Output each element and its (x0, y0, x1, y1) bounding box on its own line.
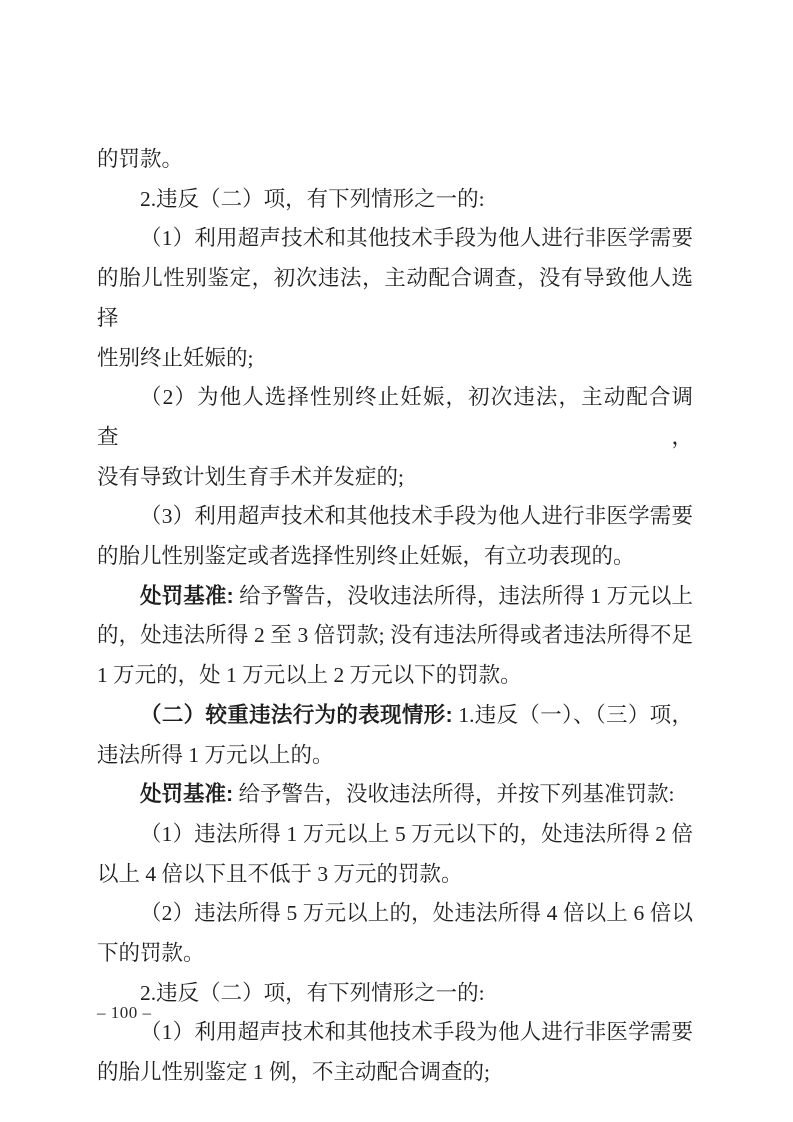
text-line: （2）违法所得 5 万元以上的，处违法所得 4 倍以上 6 倍以 (97, 894, 693, 934)
section-heading-label: （二）较重违法行为的表现情形: (140, 703, 453, 727)
text-line: 以上 4 倍以下且不低于 3 万元的罚款。 (97, 855, 693, 895)
text-line: （二）较重违法行为的表现情形: 1.违反（一）、（三）项， (97, 696, 693, 736)
text-segment: 给予警告，没收违法所得，并按下列基准罚款: (233, 782, 674, 806)
text-line: （1）利用超声技术和其他技术手段为他人进行非医学需要 (97, 1013, 693, 1053)
text-line: 违法所得 1 万元以上的。 (97, 736, 693, 776)
text-line: 的罚款。 (97, 140, 693, 180)
text-line: （1）违法所得 1 万元以上 5 万元以下的，处违法所得 2 倍 (97, 815, 693, 855)
text-line: 2.违反（二）项，有下列情形之一的: (97, 974, 693, 1014)
text-segment: 给予警告，没收违法所得，违法所得 1 万元以上 (234, 584, 693, 608)
text-line: 没有导致计划生育手术并发症的; (97, 458, 693, 498)
text-line: 2.违反（二）项，有下列情形之一的: (97, 180, 693, 220)
text-line: （3）利用超声技术和其他技术手段为他人进行非医学需要 (97, 497, 693, 537)
text-line: 的胎儿性别鉴定，初次违法，主动配合调查，没有导致他人选择 (97, 259, 693, 338)
text-line: 性别终止妊娠的; (97, 339, 693, 379)
pdf-page: 的罚款。 2.违反（二）项，有下列情形之一的: （1）利用超声技术和其他技术手段… (0, 0, 793, 1122)
text-line: 的胎儿性别鉴定或者选择性别终止妊娠，有立功表现的。 (97, 537, 693, 577)
text-line: 1 万元的，处 1 万元以上 2 万元以下的罚款。 (97, 656, 693, 696)
text-line: 的胎儿性别鉴定 1 例，不主动配合调查的; (97, 1053, 693, 1093)
text-segment: 1.违反（一）、（三）项， (453, 703, 693, 727)
penalty-benchmark-label: 处罚基准: (140, 782, 233, 806)
text-line: 的，处违法所得 2 至 3 倍罚款; 没有违法所得或者违法所得不足 (97, 616, 693, 656)
text-line: 处罚基准: 给予警告，没收违法所得，并按下列基准罚款: (97, 775, 693, 815)
page-number: – 100 – (97, 1003, 152, 1022)
text-line: （2）为他人选择性别终止妊娠，初次违法，主动配合调查， (97, 378, 693, 457)
text-line: （1）利用超声技术和其他技术手段为他人进行非医学需要 (97, 219, 693, 259)
page-footer: – 100 – (97, 1003, 152, 1023)
text-line: 处罚基准: 给予警告，没收违法所得，违法所得 1 万元以上 (97, 577, 693, 617)
document-body: 的罚款。 2.违反（二）项，有下列情形之一的: （1）利用超声技术和其他技术手段… (97, 140, 693, 1093)
text-line: 下的罚款。 (97, 934, 693, 974)
penalty-benchmark-label: 处罚基准: (140, 584, 234, 608)
